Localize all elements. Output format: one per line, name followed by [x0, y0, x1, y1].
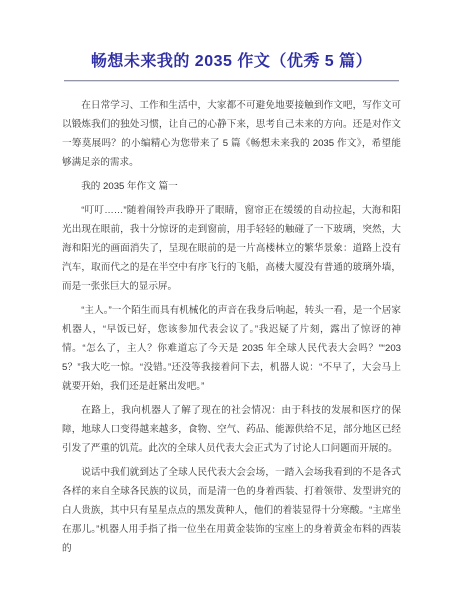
paragraph-essay-body: “叮叮……”随着闹铃声我睁开了眼睛，窗帘正在缓缓的自动拉起，大海和阳光出现在眼前…: [62, 201, 401, 296]
paragraph-essay-body: “主人。”一个陌生而具有机械化的声音在我身后响起，转头一看，是一个居家机器人，“…: [62, 301, 401, 396]
paragraph-essay-body: 说话中我们就到达了全球人民代表大会会场，一踏入会场我看到的不是各式各样的来自全球…: [62, 463, 401, 558]
article-body: 在日常学习、工作和生活中，大家都不可避免地要接触到作文吧，写作文可以锻炼我们的独…: [62, 96, 401, 558]
title-divider: [64, 80, 399, 82]
paragraph-intro: 在日常学习、工作和生活中，大家都不可避免地要接触到作文吧，写作文可以锻炼我们的独…: [62, 96, 401, 172]
section-heading-essay-1: 我的 2035 年作文 篇一: [62, 177, 401, 196]
paragraph-essay-body: 在路上，我向机器人了解了现在的社会情况：由于科技的发展和医疗的保障，地球人口变得…: [62, 401, 401, 458]
page-title: 畅想未来我的 2035 作文（优秀 5 篇）: [62, 48, 401, 71]
document-page: 畅想未来我的 2035 作文（优秀 5 篇） 在日常学习、工作和生活中，大家都不…: [0, 0, 463, 600]
